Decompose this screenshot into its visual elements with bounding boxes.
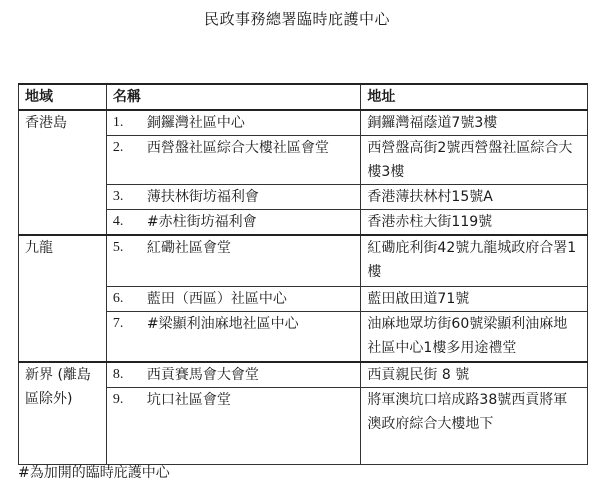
shelter-name: #赤柱街坊福利會 (147, 210, 355, 234)
name-cell: 6.藍田（西區）社區中心 (106, 287, 361, 312)
address-cell: 紅磡庇利街42號九龍城政府合署1樓 (361, 235, 588, 287)
shelter-name: 坑口社區會堂 (147, 388, 355, 412)
table-row: 九龍 5.紅磡社區會堂 紅磡庇利街42號九龍城政府合署1樓 (19, 235, 588, 287)
address-cell: 西營盤高街2號西營盤社區綜合大樓3樓 (361, 136, 588, 185)
row-number: 7. (113, 312, 147, 336)
region-cell: 香港島 (19, 110, 107, 235)
shelter-name: 薄扶林街坊福利會 (147, 185, 355, 209)
shelter-name: 藍田（西區）社區中心 (147, 287, 355, 311)
header-name: 名稱 (106, 84, 361, 110)
row-number: 3. (113, 185, 147, 209)
table-row: 新界 (離島區除外) 8.西貢賽馬會大會堂 西貢親民街 8 號 (19, 362, 588, 388)
name-cell: 5.紅磡社區會堂 (106, 235, 361, 287)
table-header-row: 地域 名稱 地址 (19, 84, 588, 110)
row-number: 2. (113, 136, 147, 160)
name-cell: 3.薄扶林街坊福利會 (106, 185, 361, 210)
table-row: 香港島 1.銅鑼灣社區中心 銅鑼灣福蔭道7號3樓 (19, 110, 588, 136)
row-number: 5. (113, 236, 147, 260)
row-number: 8. (113, 363, 147, 387)
shelter-name: 紅磡社區會堂 (147, 236, 355, 260)
header-address: 地址 (361, 84, 588, 110)
address-cell: 西貢親民街 8 號 (361, 362, 588, 388)
row-number: 9. (113, 388, 147, 412)
shelter-name: #梁顯利油麻地社區中心 (147, 312, 355, 336)
header-region: 地域 (19, 84, 107, 110)
address-cell: 銅鑼灣福蔭道7號3樓 (361, 110, 588, 136)
name-cell: 8.西貢賽馬會大會堂 (106, 362, 361, 388)
shelter-name: 銅鑼灣社區中心 (147, 111, 355, 135)
shelter-table: 地域 名稱 地址 香港島 1.銅鑼灣社區中心 銅鑼灣福蔭道7號3樓 2.西營盤社… (18, 83, 588, 465)
row-number: 1. (113, 111, 147, 135)
shelter-name: 西營盤社區綜合大樓社區會堂 (147, 136, 355, 160)
name-cell: 2.西營盤社區綜合大樓社區會堂 (106, 136, 361, 185)
address-cell: 藍田啟田道71號 (361, 287, 588, 312)
row-number: 4. (113, 210, 147, 234)
address-cell: 將軍澳坑口培成路38號西貢將軍澳政府綜合大樓地下 (361, 388, 588, 465)
address-cell: 油麻地眾坊街60號梁顯利油麻地社區中心1樓多用途禮堂 (361, 312, 588, 363)
region-cell: 九龍 (19, 235, 107, 362)
address-cell: 香港薄扶林村15號A (361, 185, 588, 210)
shelter-name: 西貢賽馬會大會堂 (147, 363, 355, 387)
name-cell: 9.坑口社區會堂 (106, 388, 361, 465)
row-number: 6. (113, 287, 147, 311)
name-cell: 7.#梁顯利油麻地社區中心 (106, 312, 361, 363)
address-cell: 香港赤柱大街119號 (361, 210, 588, 236)
name-cell: 1.銅鑼灣社區中心 (106, 110, 361, 136)
footnote: #為加開的臨時庇護中心 (18, 462, 170, 482)
region-cell: 新界 (離島區除外) (19, 362, 107, 465)
name-cell: 4.#赤柱街坊福利會 (106, 210, 361, 236)
document-title: 民政事務總署臨時庇護中心 (0, 8, 594, 29)
